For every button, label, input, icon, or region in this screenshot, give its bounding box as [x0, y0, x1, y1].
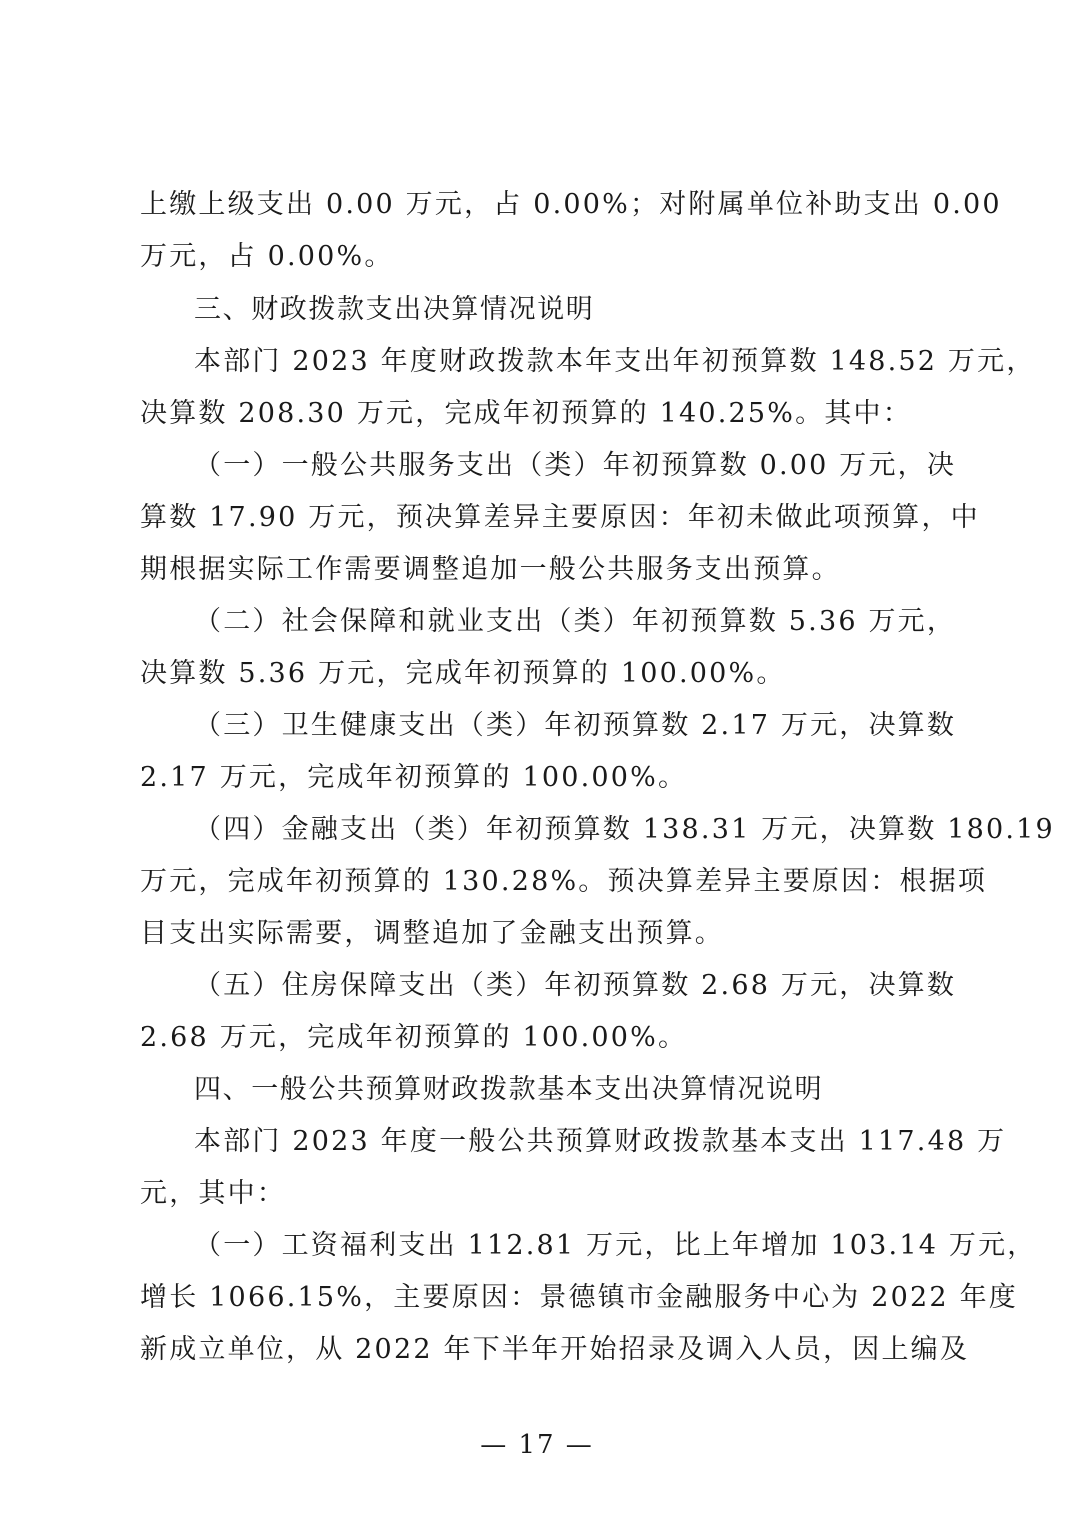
- paragraph-line: （一）工资福利支出 112.81 万元，比上年增加 103.14 万元，: [194, 1226, 940, 1266]
- paragraph-line: 万元，占 0.00%。: [140, 237, 940, 277]
- paragraph-line: 决算数 5.36 万元，完成年初预算的 100.00%。: [140, 654, 940, 694]
- paragraph-line: （一）一般公共服务支出（类）年初预算数 0.00 万元，决: [194, 446, 940, 486]
- paragraph-line: 本部门 2023 年度一般公共预算财政拨款基本支出 117.48 万: [194, 1122, 940, 1162]
- paragraph-line: （五）住房保障支出（类）年初预算数 2.68 万元，决算数: [194, 966, 940, 1006]
- paragraph-line: 万元，完成年初预算的 130.28%。预决算差异主要原因：根据项: [140, 862, 940, 902]
- paragraph-line: 元，其中：: [140, 1174, 940, 1214]
- paragraph-line: 2.17 万元，完成年初预算的 100.00%。: [140, 758, 940, 798]
- section-heading: 三、财政拨款支出决算情况说明: [194, 290, 940, 330]
- paragraph-line: 目支出实际需要，调整追加了金融支出预算。: [140, 914, 940, 954]
- document-page: 上缴上级支出 0.00 万元，占 0.00%；对附属单位补助支出 0.00 万元…: [0, 0, 1074, 1520]
- section-heading: 四、一般公共预算财政拨款基本支出决算情况说明: [194, 1070, 940, 1110]
- paragraph-line: 2.68 万元，完成年初预算的 100.00%。: [140, 1018, 940, 1058]
- paragraph-line: 增长 1066.15%，主要原因：景德镇市金融服务中心为 2022 年度: [140, 1278, 940, 1318]
- paragraph-line: （三）卫生健康支出（类）年初预算数 2.17 万元，决算数: [194, 706, 940, 746]
- paragraph-line: 算数 17.90 万元，预决算差异主要原因：年初未做此项预算，中: [140, 498, 940, 538]
- paragraph-line: （二）社会保障和就业支出（类）年初预算数 5.36 万元，: [194, 602, 940, 642]
- paragraph-line: 决算数 208.30 万元，完成年初预算的 140.25%。其中：: [140, 394, 940, 434]
- paragraph-line: 期根据实际工作需要调整追加一般公共服务支出预算。: [140, 550, 940, 590]
- paragraph-line: 上缴上级支出 0.00 万元，占 0.00%；对附属单位补助支出 0.00: [140, 185, 940, 225]
- paragraph-line: （四）金融支出（类）年初预算数 138.31 万元，决算数 180.19: [194, 810, 940, 850]
- paragraph-line: 新成立单位，从 2022 年下半年开始招录及调入人员，因上编及: [140, 1330, 940, 1370]
- paragraph-line: 本部门 2023 年度财政拨款本年支出年初预算数 148.52 万元，: [194, 342, 940, 382]
- page-number: — 17 —: [0, 1428, 1074, 1462]
